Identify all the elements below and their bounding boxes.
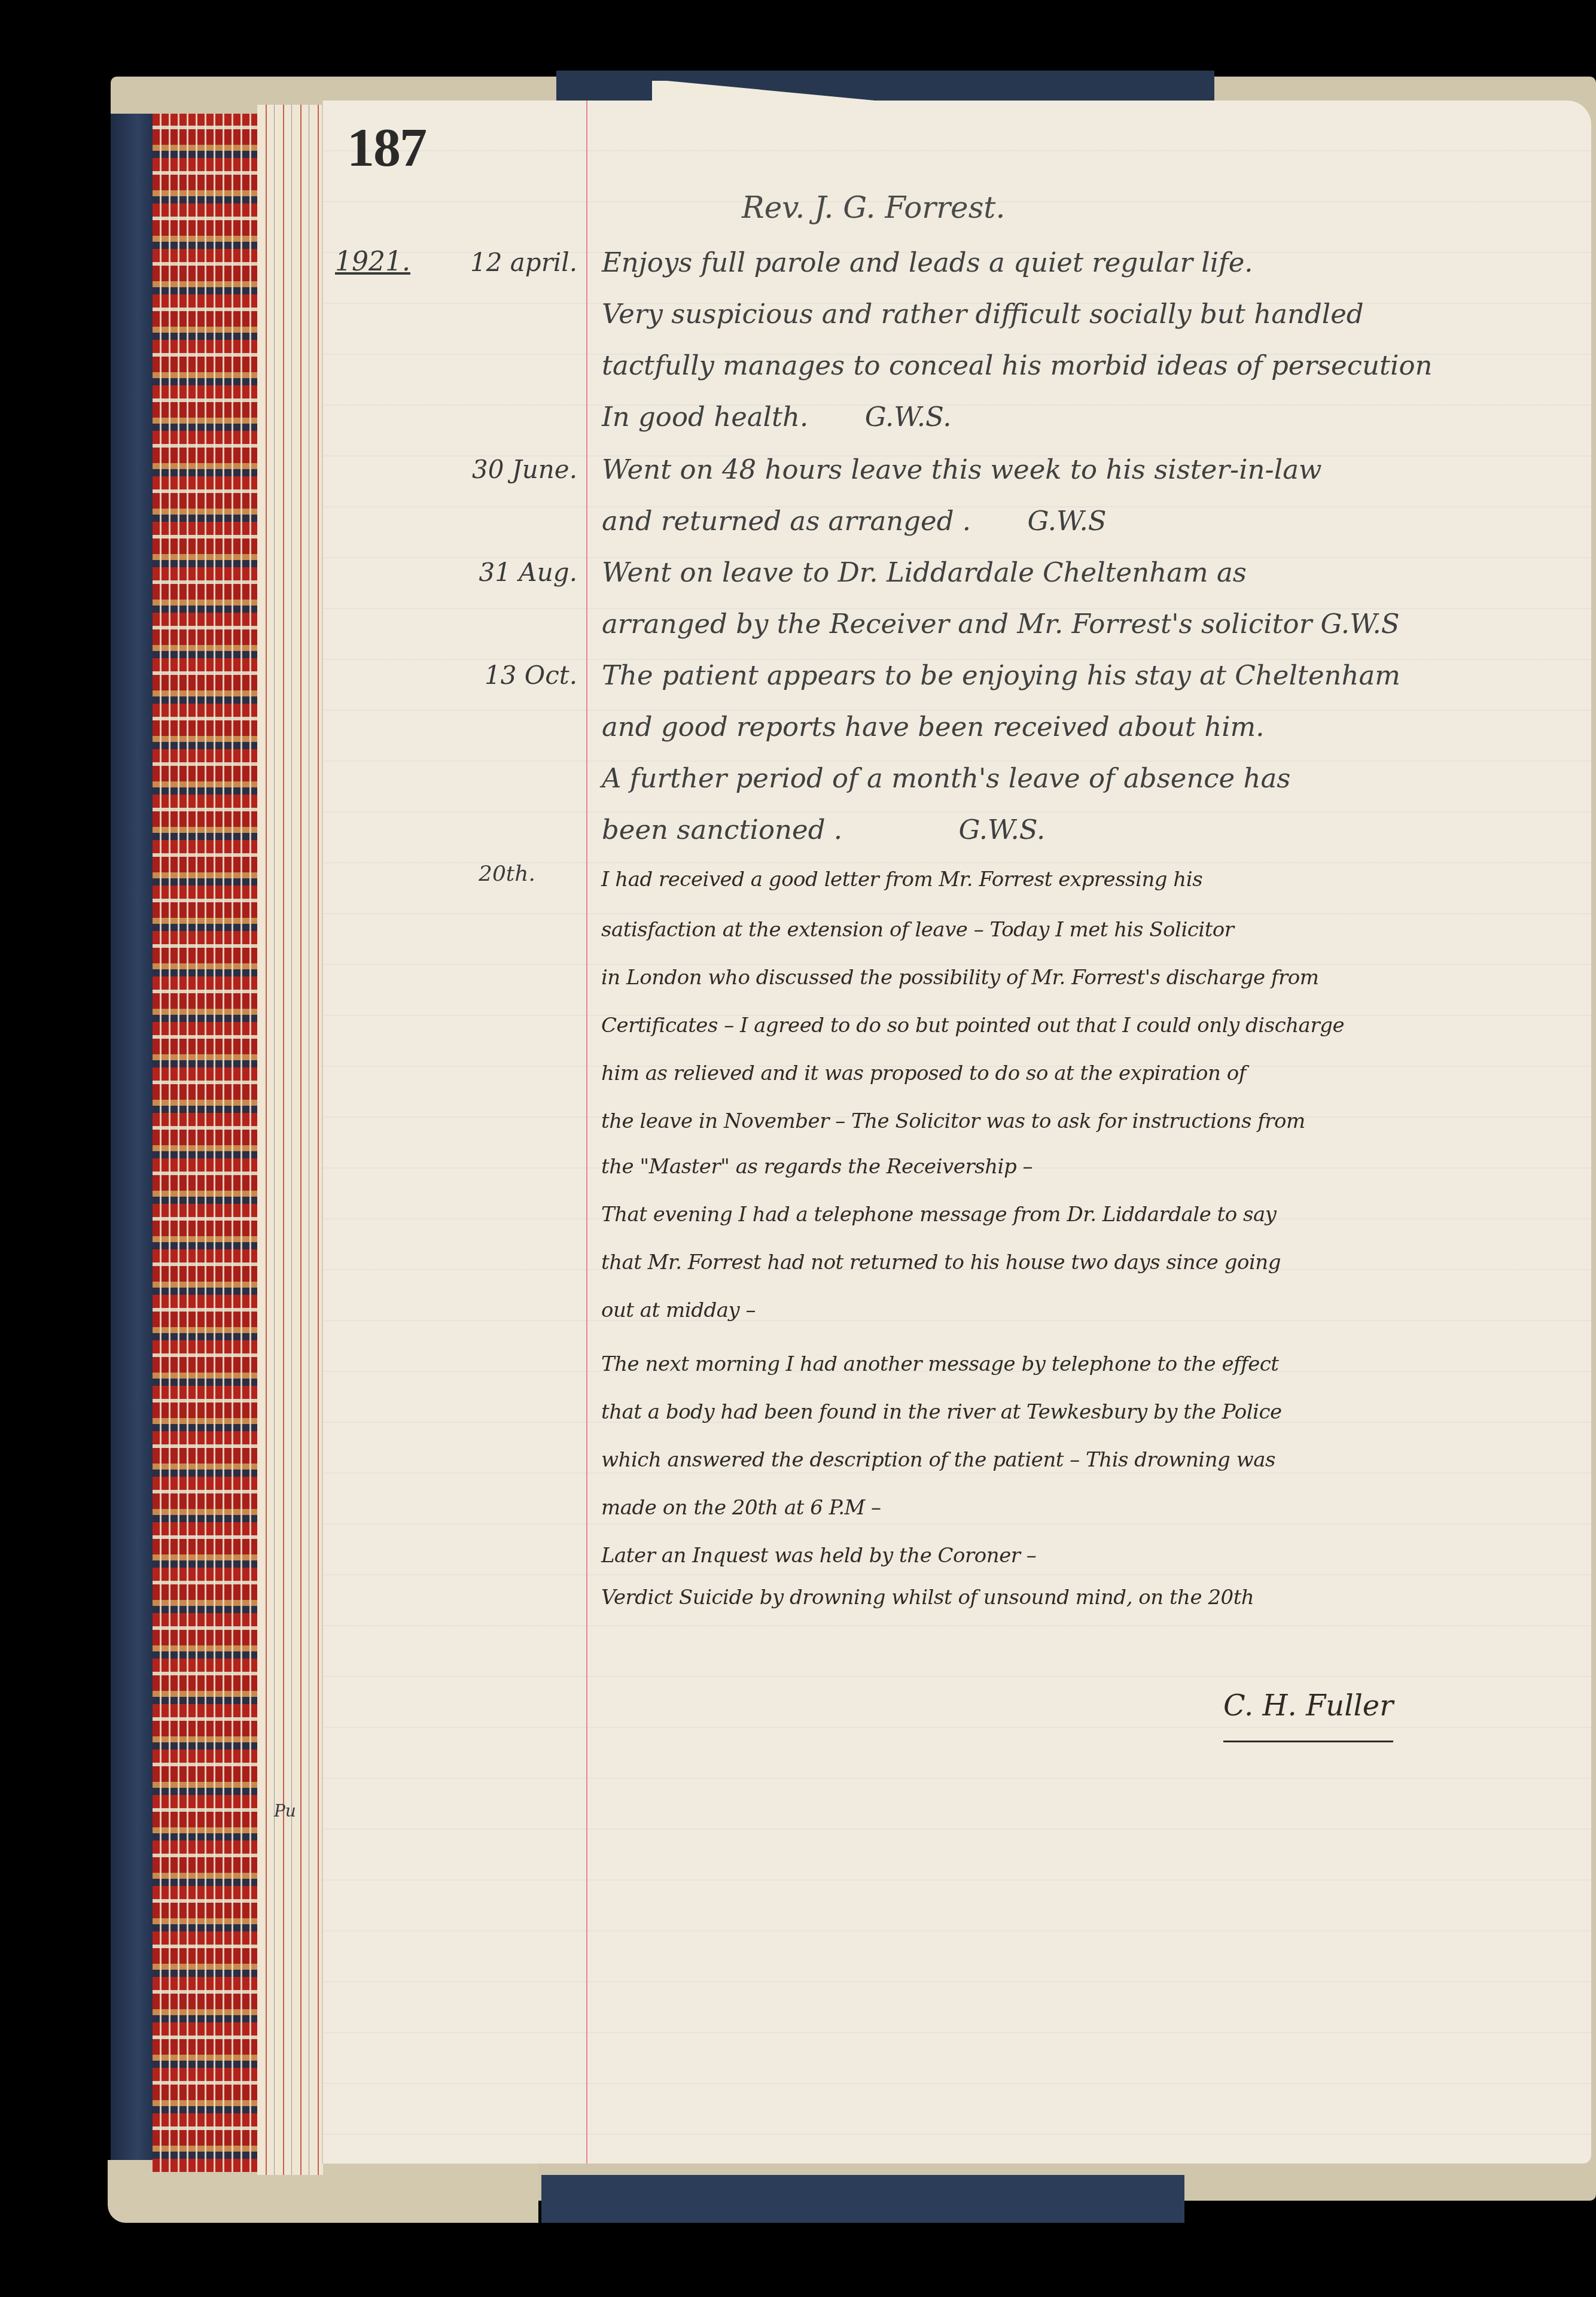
entry-line: Later an Inquest was held by the Coroner… [601, 1544, 1036, 1568]
entry-year: 1921. [335, 247, 410, 277]
cover-cloth-bottom [541, 2175, 1184, 2223]
entry-text: In good health. [602, 401, 808, 433]
entry-line: The next morning I had another message b… [601, 1352, 1279, 1376]
entry-line: Verdict Suicide by drowning whilst of un… [601, 1586, 1254, 1610]
entry-date: 13 Oct. [458, 661, 577, 690]
ledger-page: 187 Rev. J. G. Forrest. 1921. 12 april. … [323, 101, 1591, 2164]
initials: G.W.S. [958, 814, 1045, 845]
marbled-page-edges [153, 114, 257, 2172]
initials: G.W.S [1027, 505, 1106, 537]
entry-text: and returned as arranged . [602, 505, 971, 537]
entry-line: been sanctioned . G.W.S. [602, 814, 1045, 845]
entry-date: 12 april. [458, 248, 577, 277]
edge-annotation: Pu [274, 1801, 296, 1821]
entry-line: The patient appears to be enjoying his s… [602, 659, 1400, 691]
entry-line: Very suspicious and rather difficult soc… [602, 298, 1364, 330]
entry-line: the leave in November – The Solicitor wa… [601, 1109, 1305, 1133]
entry-line: Went on 48 hours leave this week to his … [602, 454, 1322, 485]
entry-line: A further period of a month's leave of a… [602, 762, 1290, 794]
entry-date: 30 June. [458, 455, 577, 484]
entry-line: satisfaction at the extension of leave –… [601, 918, 1234, 942]
margin-rule [586, 101, 587, 2164]
entry-line: arranged by the Receiver and Mr. Forrest… [602, 608, 1400, 640]
signature: C. H. Fuller [1223, 1689, 1393, 1742]
entry-line: tactfully manages to conceal his morbid … [602, 349, 1432, 381]
entry-line: that Mr. Forrest had not returned to his… [601, 1251, 1281, 1274]
entry-line: In good health. G.W.S. [602, 401, 952, 433]
entry-line: Certificates – I agreed to do so but poi… [601, 1014, 1344, 1038]
entry-line: that a body had been found in the river … [601, 1400, 1282, 1424]
entry-line: Enjoys full parole and leads a quiet reg… [602, 247, 1253, 278]
entry-date: 31 Aug. [458, 558, 577, 587]
entry-line: and good reports have been received abou… [602, 711, 1265, 743]
entry-line: made on the 20th at 6 P.M – [601, 1496, 881, 1520]
entry-line: and returned as arranged . G.W.S [602, 505, 1107, 537]
entry-line: I had received a good letter from Mr. Fo… [601, 868, 1202, 892]
entry-line: That evening I had a telephone message f… [601, 1203, 1276, 1227]
patient-title: Rev. J. G. Forrest. [742, 190, 1005, 225]
entry-line: in London who discussed the possibility … [601, 966, 1319, 990]
entry-line: which answered the description of the pa… [601, 1448, 1275, 1472]
spine-cloth [111, 114, 156, 2160]
entry-line: the "Master" as regards the Receivership… [601, 1155, 1032, 1179]
entry-line: out at midday – [601, 1298, 756, 1322]
page-number: 187 [347, 115, 426, 179]
stacked-page-edges [257, 105, 323, 2175]
initials: G.W.S. [865, 401, 952, 433]
entry-line: him as relieved and it was proposed to d… [601, 1061, 1246, 1085]
entry-line: Went on leave to Dr. Liddardale Cheltenh… [602, 556, 1247, 588]
entry-date: 20th. [479, 862, 526, 886]
entry-text: been sanctioned . [602, 814, 842, 845]
